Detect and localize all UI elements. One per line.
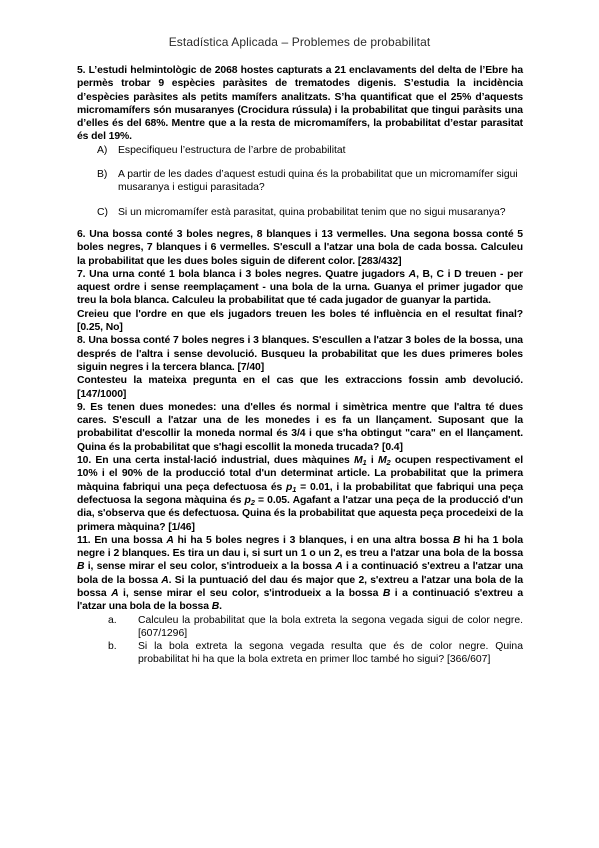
problem-8-text: 8. Una bossa conté 7 boles negres i 3 bl… bbox=[77, 334, 523, 374]
text-run-italic: A bbox=[409, 269, 416, 280]
text-run-italic: A bbox=[335, 561, 342, 572]
text-run: . bbox=[219, 601, 222, 612]
text-run: i, sense mirar el seu color, s'introduei… bbox=[119, 588, 383, 599]
document-page: Estadística Aplicada – Problemes de prob… bbox=[0, 0, 599, 848]
problem-8-followup-text: Contesteu la mateixa pregunta en el cas … bbox=[77, 374, 523, 401]
item-label: C) bbox=[97, 206, 118, 219]
text-run: i, sense mirar el seu color, s'introduei… bbox=[84, 561, 335, 572]
problem-5-item-b: B) A partir de les dades d’aquest estudi… bbox=[97, 168, 523, 195]
item-label: a. bbox=[108, 614, 138, 641]
page-title: Estadística Aplicada – Problemes de prob… bbox=[0, 0, 599, 49]
item-label: B) bbox=[97, 168, 118, 195]
problem-11-items: a. Calculeu la probabilitat que la bola … bbox=[108, 614, 523, 667]
text-run-italic: B bbox=[212, 601, 219, 612]
text-run-italic: A bbox=[111, 588, 118, 599]
text-run-italic: A bbox=[161, 575, 168, 586]
text-run: hi ha 5 boles negres i 3 blanques, i en … bbox=[174, 535, 453, 546]
item-label: A) bbox=[97, 144, 118, 157]
text-run: 11. En una bossa bbox=[77, 535, 166, 546]
problem-5-text: 5. L’estudi helmintològic de 2068 hostes… bbox=[77, 64, 523, 144]
problem-6-text: 6. Una bossa conté 3 boles negres, 8 bla… bbox=[77, 228, 523, 268]
item-text: Calculeu la probabilitat que la bola ext… bbox=[138, 614, 523, 641]
text-run-italic: M bbox=[378, 455, 387, 466]
text-run: Creieu que l'ordre en que els jugadors t… bbox=[77, 309, 523, 333]
document-content: 5. L’estudi helmintològic de 2068 hostes… bbox=[77, 64, 523, 667]
problem-7-text: 7. Una urna conté 1 bola blanca i 3 bole… bbox=[77, 268, 523, 334]
text-run: 10. En una certa instal·lació industrial… bbox=[77, 455, 354, 466]
problem-5-item-c: C) Si un micromamífer està parasitat, qu… bbox=[97, 206, 523, 219]
problem-9-text: 9. Es tenen dues monedes: una d'elles és… bbox=[77, 401, 523, 454]
item-text: Especifiqueu l’estructura de l’arbre de … bbox=[118, 144, 523, 157]
problem-11-item-b: b. Si la bola extreta la segona vegada r… bbox=[108, 640, 523, 667]
text-run: 7. Una urna conté 1 bola blanca i 3 bole… bbox=[77, 269, 409, 280]
problem-11-item-a: a. Calculeu la probabilitat que la bola … bbox=[108, 614, 523, 641]
item-label: b. bbox=[108, 640, 138, 667]
item-text: Si la bola extreta la segona vegada resu… bbox=[138, 640, 523, 667]
problem-5-items: A) Especifiqueu l’estructura de l’arbre … bbox=[97, 144, 523, 219]
problem-5-item-a: A) Especifiqueu l’estructura de l’arbre … bbox=[97, 144, 523, 157]
item-text: Si un micromamífer està parasitat, quina… bbox=[118, 206, 523, 219]
text-run-italic: A bbox=[166, 535, 173, 546]
text-run: i bbox=[367, 455, 378, 466]
problem-11-text: 11. En una bossa A hi ha 5 boles negres … bbox=[77, 534, 523, 614]
text-run-italic: M bbox=[354, 455, 363, 466]
problem-10-text: 10. En una certa instal·lació industrial… bbox=[77, 454, 523, 534]
item-text: A partir de les dades d’aquest estudi qu… bbox=[118, 168, 523, 195]
